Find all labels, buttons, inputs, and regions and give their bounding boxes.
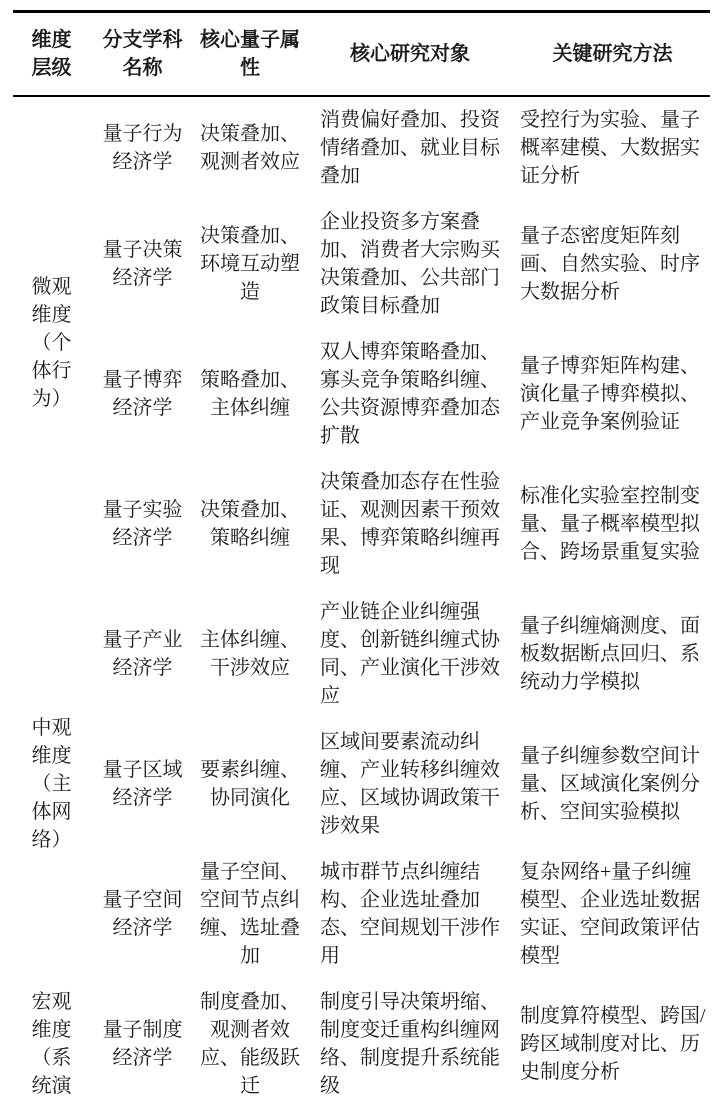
discipline-cell: 量子实验经济学: [90, 459, 195, 589]
table-header: 维度层级分支学科名称核心量子属性核心研究对象关键研究方法: [13, 12, 710, 97]
research-objects-cell: 决策叠加态存在性验证、观测因素干预效果、博弈策略纠缠再现: [305, 459, 515, 589]
quantum-attributes-cell: 决策叠加、环境互动塑造: [195, 199, 305, 329]
research-methods-cell: 受控行为实验、量子概率建模、大数据实证分析: [515, 96, 710, 199]
discipline-cell: 量子制度经济学: [90, 979, 195, 1101]
quantum-attributes-cell: 决策叠加、观测者效应: [195, 96, 305, 199]
research-methods-cell: 量子博弈矩阵构建、演化量子博弈模拟、产业竞争案例验证: [515, 329, 710, 459]
research-objects-cell: 制度引导决策坍缩、制度变迁重构纠缠网络、制度提升系统能级: [305, 979, 515, 1101]
header-row: 维度层级分支学科名称核心量子属性核心研究对象关键研究方法: [13, 12, 710, 97]
table-row: 量子空间经济学量子空间、空间节点纠缠、选址叠加城市群节点纠缠结构、企业选址叠加态…: [13, 849, 710, 979]
table-row: 微观维度（个体行为）量子行为经济学决策叠加、观测者效应消费偏好叠加、投资情绪叠加…: [13, 96, 710, 199]
research-methods-cell: 量子纠缠熵测度、面板数据断点回归、系统动力学模拟: [515, 589, 710, 719]
dimension-group-cell: 宏观维度（系统演: [13, 979, 90, 1101]
table-row: 量子实验经济学决策叠加、策略纠缠决策叠加态存在性验证、观测因素干预效果、博弈策略…: [13, 459, 710, 589]
table-body: 微观维度（个体行为）量子行为经济学决策叠加、观测者效应消费偏好叠加、投资情绪叠加…: [13, 96, 710, 1101]
column-header-3: 核心量子属性: [195, 12, 305, 97]
quantum-economics-table: 维度层级分支学科名称核心量子属性核心研究对象关键研究方法 微观维度（个体行为）量…: [13, 10, 710, 1101]
research-objects-cell: 产业链企业纠缠强度、创新链纠缠式协同、产业演化干涉效应: [305, 589, 515, 719]
research-objects-cell: 区域间要素流动纠缠、产业转移纠缠效应、区域协调政策干涉效果: [305, 719, 515, 849]
table-row: 量子区域经济学要素纠缠、协同演化区域间要素流动纠缠、产业转移纠缠效应、区域协调政…: [13, 719, 710, 849]
research-objects-cell: 双人博弈策略叠加、寡头竞争策略纠缠、公共资源博弈叠加态扩散: [305, 329, 515, 459]
document-page: 维度层级分支学科名称核心量子属性核心研究对象关键研究方法 微观维度（个体行为）量…: [13, 10, 710, 1101]
discipline-cell: 量子行为经济学: [90, 96, 195, 199]
research-methods-cell: 复杂网络+量子纠缠模型、企业选址数据实证、空间政策评估模型: [515, 849, 710, 979]
quantum-attributes-cell: 量子空间、空间节点纠缠、选址叠加: [195, 849, 305, 979]
quantum-attributes-cell: 决策叠加、策略纠缠: [195, 459, 305, 589]
research-methods-cell: 量子纠缠参数空间计量、区域演化案例分析、空间实验模拟: [515, 719, 710, 849]
research-methods-cell: 量子态密度矩阵刻画、自然实验、时序大数据分析: [515, 199, 710, 329]
research-methods-cell: 制度算符模型、跨国/跨区域制度对比、历史制度分析: [515, 979, 710, 1101]
column-header-5: 关键研究方法: [515, 12, 710, 97]
quantum-attributes-cell: 要素纠缠、协同演化: [195, 719, 305, 849]
discipline-cell: 量子区域经济学: [90, 719, 195, 849]
dimension-group-cell: 中观维度（主体网络）: [13, 589, 90, 979]
column-header-4: 核心研究对象: [305, 12, 515, 97]
discipline-cell: 量子空间经济学: [90, 849, 195, 979]
quantum-attributes-cell: 制度叠加、观测者效应、能级跃迁: [195, 979, 305, 1101]
dimension-group-cell: 微观维度（个体行为）: [13, 96, 90, 589]
table-row: 中观维度（主体网络）量子产业经济学主体纠缠、干涉效应产业链企业纠缠强度、创新链纠…: [13, 589, 710, 719]
quantum-attributes-cell: 策略叠加、主体纠缠: [195, 329, 305, 459]
table-row: 量子决策经济学决策叠加、环境互动塑造企业投资多方案叠加、消费者大宗购买决策叠加、…: [13, 199, 710, 329]
quantum-attributes-cell: 主体纠缠、干涉效应: [195, 589, 305, 719]
research-methods-cell: 标准化实验室控制变量、量子概率模型拟合、跨场景重复实验: [515, 459, 710, 589]
discipline-cell: 量子产业经济学: [90, 589, 195, 719]
research-objects-cell: 企业投资多方案叠加、消费者大宗购买决策叠加、公共部门政策目标叠加: [305, 199, 515, 329]
discipline-cell: 量子博弈经济学: [90, 329, 195, 459]
research-objects-cell: 消费偏好叠加、投资情绪叠加、就业目标叠加: [305, 96, 515, 199]
discipline-cell: 量子决策经济学: [90, 199, 195, 329]
column-header-2: 分支学科名称: [90, 12, 195, 97]
research-objects-cell: 城市群节点纠缠结构、企业选址叠加态、空间规划干涉作用: [305, 849, 515, 979]
table-row: 宏观维度（系统演量子制度经济学制度叠加、观测者效应、能级跃迁制度引导决策坍缩、制…: [13, 979, 710, 1101]
table-row: 量子博弈经济学策略叠加、主体纠缠双人博弈策略叠加、寡头竞争策略纠缠、公共资源博弈…: [13, 329, 710, 459]
column-header-1: 维度层级: [13, 12, 90, 97]
